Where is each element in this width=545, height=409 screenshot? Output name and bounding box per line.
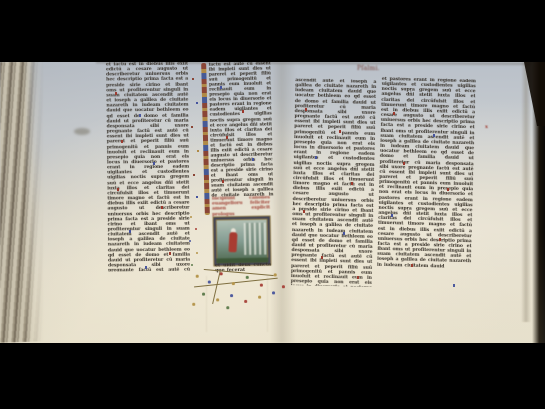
rubric-lines: Incipiunt canones euangelioru feliciter … [212, 195, 270, 217]
miniature-architecture [244, 223, 267, 255]
margin-smudge [74, 128, 90, 135]
border-bar-marks [190, 68, 192, 70]
manuscript-photo: et factū est in diebus illis exiit edict… [0, 62, 545, 343]
red-margin-mark: x [485, 124, 488, 130]
left-page-fore-edge [0, 62, 44, 343]
miniature-painting [214, 217, 271, 266]
versal-marks-left-2 [212, 66, 214, 69]
left-page-column-2: factū est autē cū essent ibi impleti sun… [209, 62, 274, 197]
left-page-column-1: et factū est in diebus illis exiit edict… [106, 62, 190, 271]
right-page-crease [521, 62, 531, 322]
versal-marks-left-1 [109, 66, 111, 69]
miniature-figure [229, 232, 238, 252]
versal-marks-right-1 [295, 84, 297, 87]
floral-flowers [186, 269, 189, 272]
running-title: Pſalmi. [357, 65, 391, 74]
letterbox-bottom [0, 343, 545, 409]
ghost-ruling-lines [206, 276, 268, 332]
right-page-column-1: ascendit autē et ioseph a galilea de ciu… [291, 78, 377, 287]
right-page-column-2: et pastores erant in regione eadem uigil… [376, 77, 476, 298]
versal-marks-right-2 [381, 84, 383, 87]
video-frame: et factū est in diebus illis exiit edict… [0, 0, 545, 409]
floral-stem [204, 269, 274, 276]
letterbox-top [0, 0, 545, 62]
